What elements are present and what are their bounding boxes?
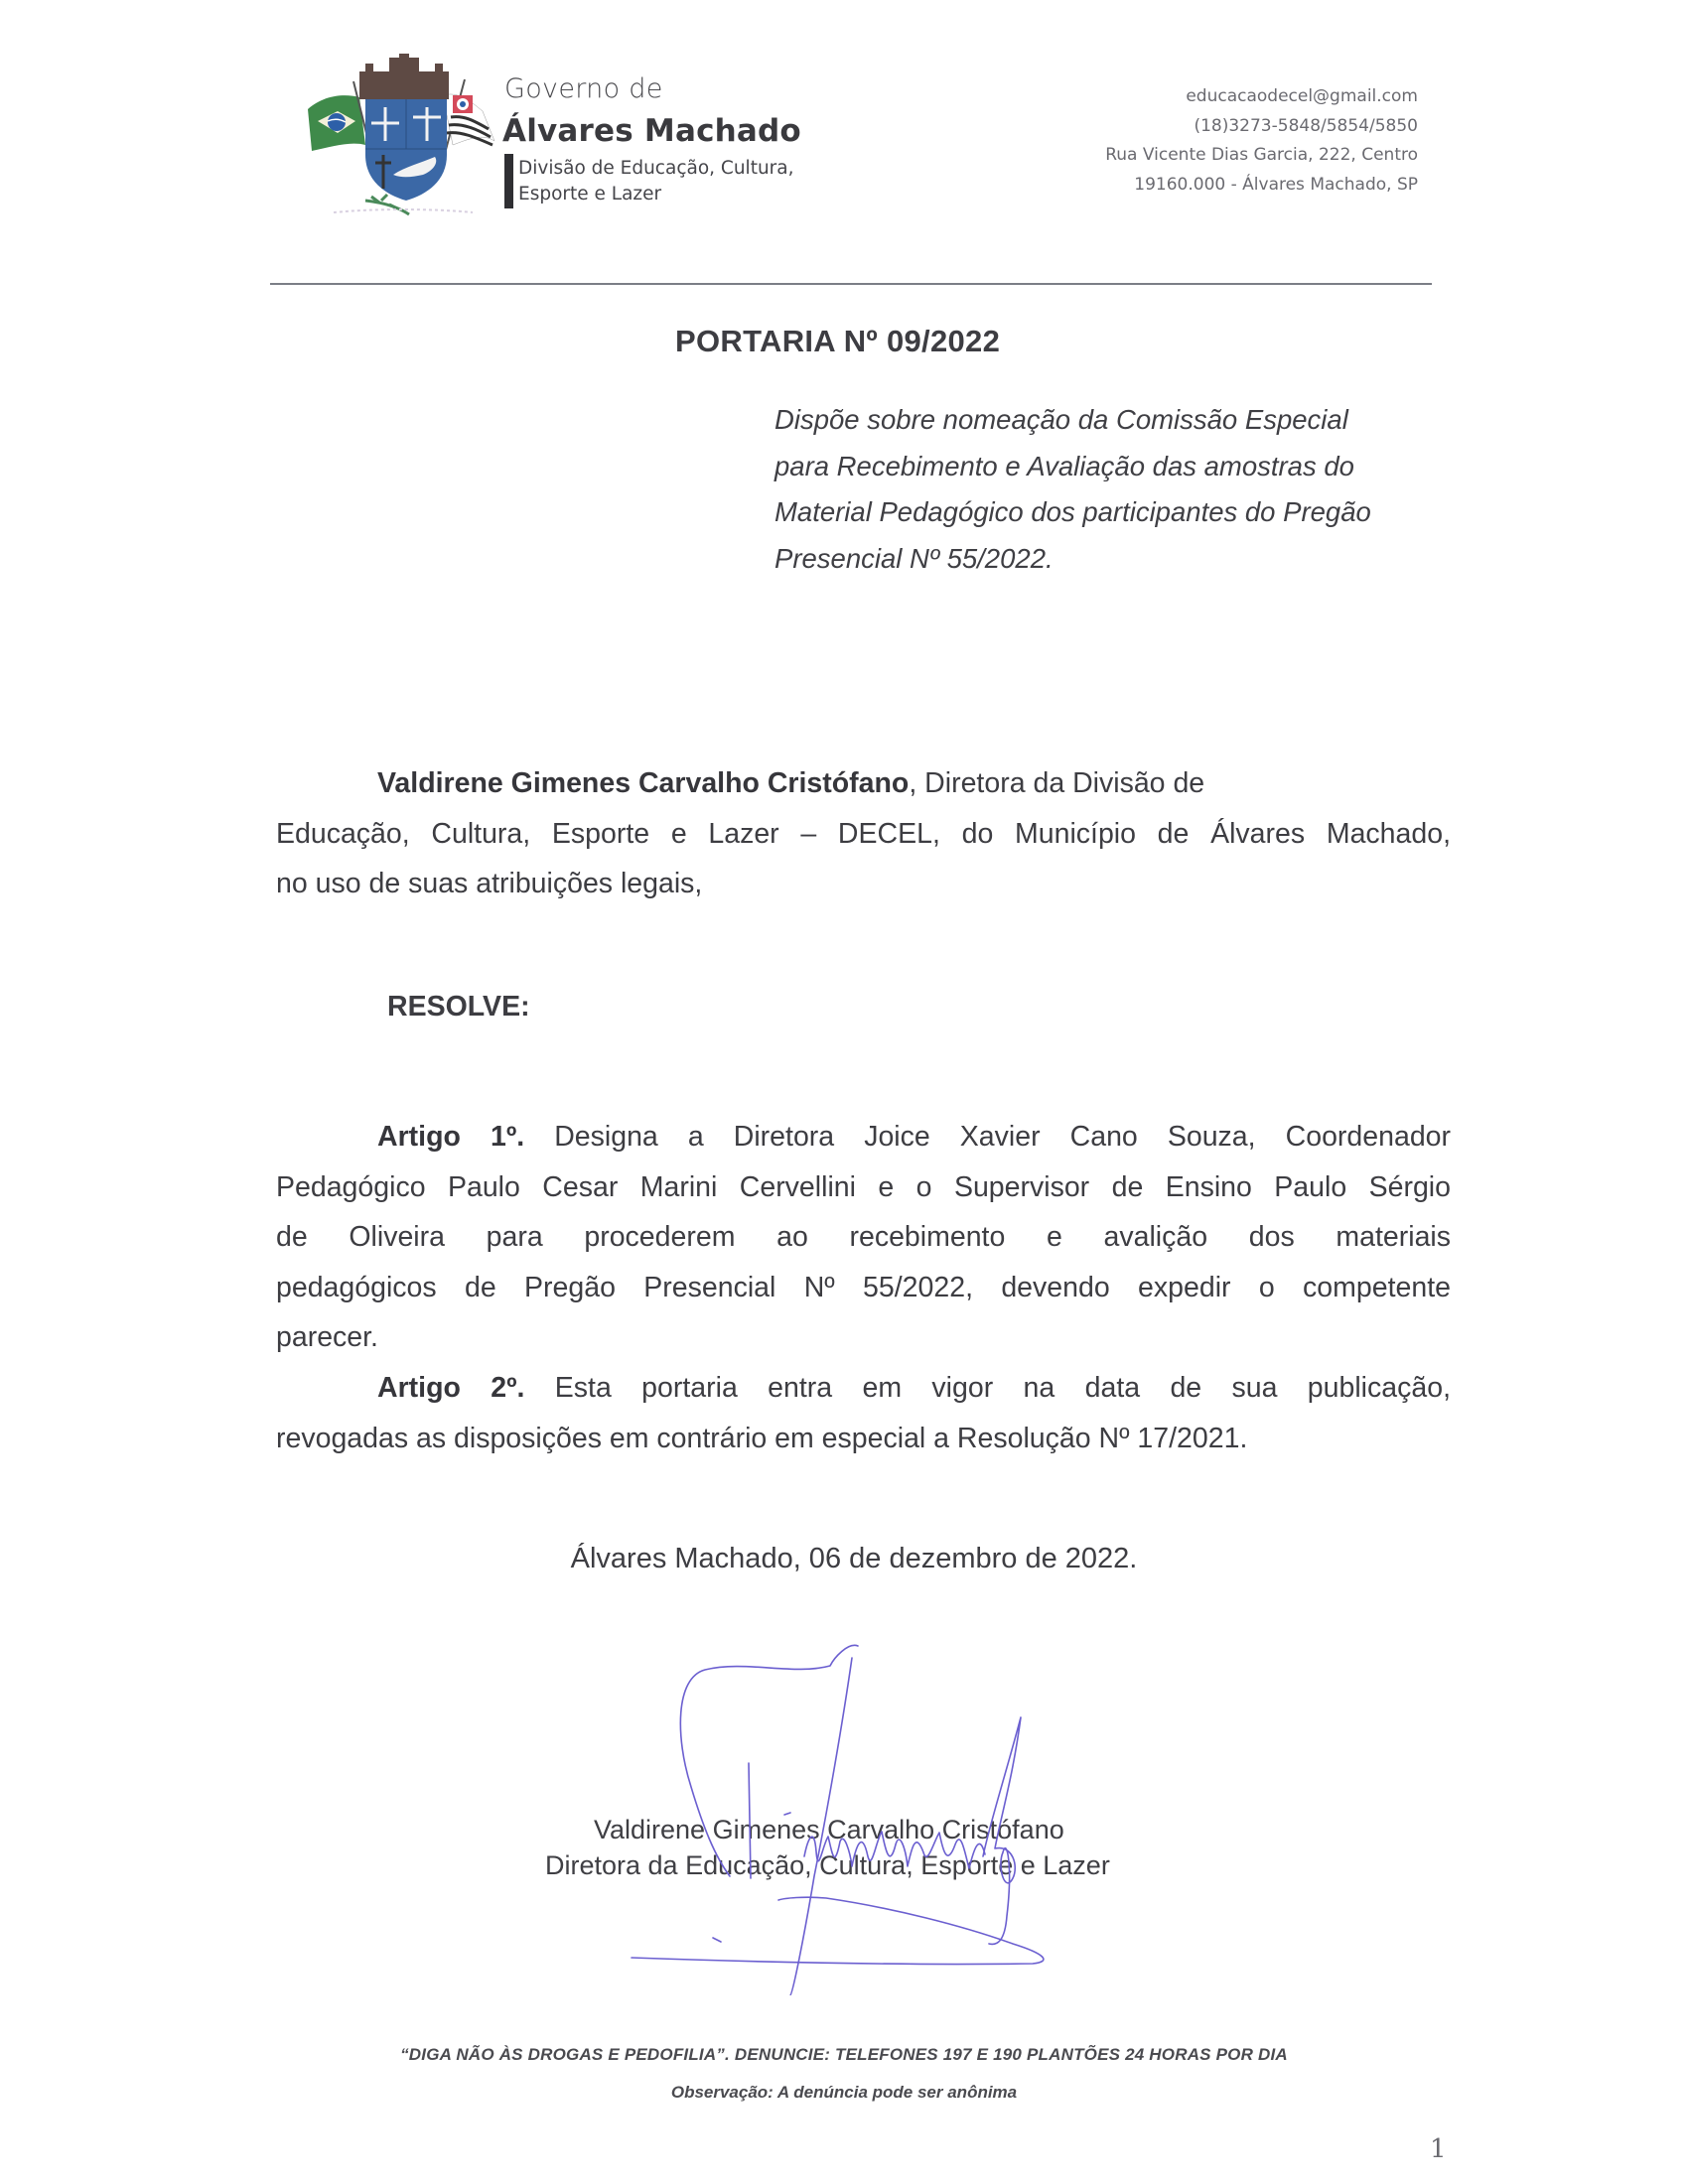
contact-email: educacaodecel@gmail.com [1105,82,1418,112]
article-line: pedagógicos de Pregão Presencial Nº 55/2… [276,1263,1451,1313]
coat-of-arms-logo [294,52,502,222]
division-bar-divider [504,154,513,208]
director-name: Valdirene Gimenes Carvalho Cristófano [377,767,909,799]
ementa-line: Presencial Nº 55/2022. [774,536,1430,583]
article-line: parecer. [276,1312,1451,1363]
date-text: Álvares Machado, 06 de dezembro de 2022. [571,1543,1138,1574]
contact-phone: (18)3273-5848/5854/5850 [1105,112,1418,142]
article-2: Artigo 2º. Esta portaria entra em vigor … [276,1363,1451,1463]
handwritten-signature [596,1618,1152,1995]
article-line: de Oliveira para procederem ao recebimen… [276,1212,1451,1263]
article-1: Artigo 1º. Designa a Diretora Joice Xavi… [276,1112,1451,1363]
contact-address: Rua Vicente Dias Garcia, 222, Centro [1105,141,1418,171]
intro-line: Valdirene Gimenes Carvalho Cristófano, D… [276,758,1451,809]
contact-block: educacaodecel@gmail.com (18)3273-5848/58… [1105,82,1418,200]
division-name: Divisão de Educação, Cultura, Esporte e … [518,156,794,207]
ementa-line: Dispõe sobre nomeação da Comissão Especi… [774,397,1430,444]
document-title: PORTARIA Nº 09/2022 [675,324,1000,359]
division-line-1: Divisão de Educação, Cultura, [518,156,794,182]
contact-city: 19160.000 - Álvares Machado, SP [1105,171,1418,201]
article-label: Artigo 2º. [377,1372,524,1404]
footer-campaign: “DIGA NÃO ÀS DROGAS E PEDOFILIA”. DENUNC… [0,2045,1688,2065]
intro-line: no uso de suas atribuições legais, [276,859,1451,909]
article-line: Artigo 2º. Esta portaria entra em vigor … [276,1363,1451,1414]
municipality-name: Álvares Machado [502,113,801,149]
government-prefix: Governo de [504,73,663,104]
ementa-line: Material Pedagógico dos participantes do… [774,489,1430,536]
article-label: Artigo 1º. [377,1121,524,1153]
intro-text: , Diretora da Divisão de [909,767,1204,799]
ementa: Dispõe sobre nomeação da Comissão Especi… [774,397,1430,582]
article-line: Pedagógico Paulo Cesar Marini Cervellini… [276,1162,1451,1213]
resolve-heading: RESOLVE: [387,991,530,1024]
ementa-line: para Recebimento e Avaliação das amostra… [774,444,1430,490]
date-line: Álvares Machado, 06 de dezembro de 2022. [0,1543,1688,1575]
article-line: Artigo 1º. Designa a Diretora Joice Xavi… [276,1112,1451,1162]
division-line-2: Esporte e Lazer [518,182,794,207]
article-line: revogadas as disposições em contrário em… [276,1414,1451,1464]
article-text: Designa a Diretora Joice Xavier Cano Sou… [524,1121,1451,1153]
article-text: Esta portaria entra em vigor na data de … [524,1372,1451,1404]
footer-note: Observação: A denúncia pode ser anônima [0,2083,1688,2103]
page-number: 1 [1430,2134,1447,2164]
header-divider [270,283,1432,285]
intro-line: Educação, Cultura, Esporte e Lazer – DEC… [276,809,1451,860]
intro-paragraph: Valdirene Gimenes Carvalho Cristófano, D… [276,758,1451,909]
